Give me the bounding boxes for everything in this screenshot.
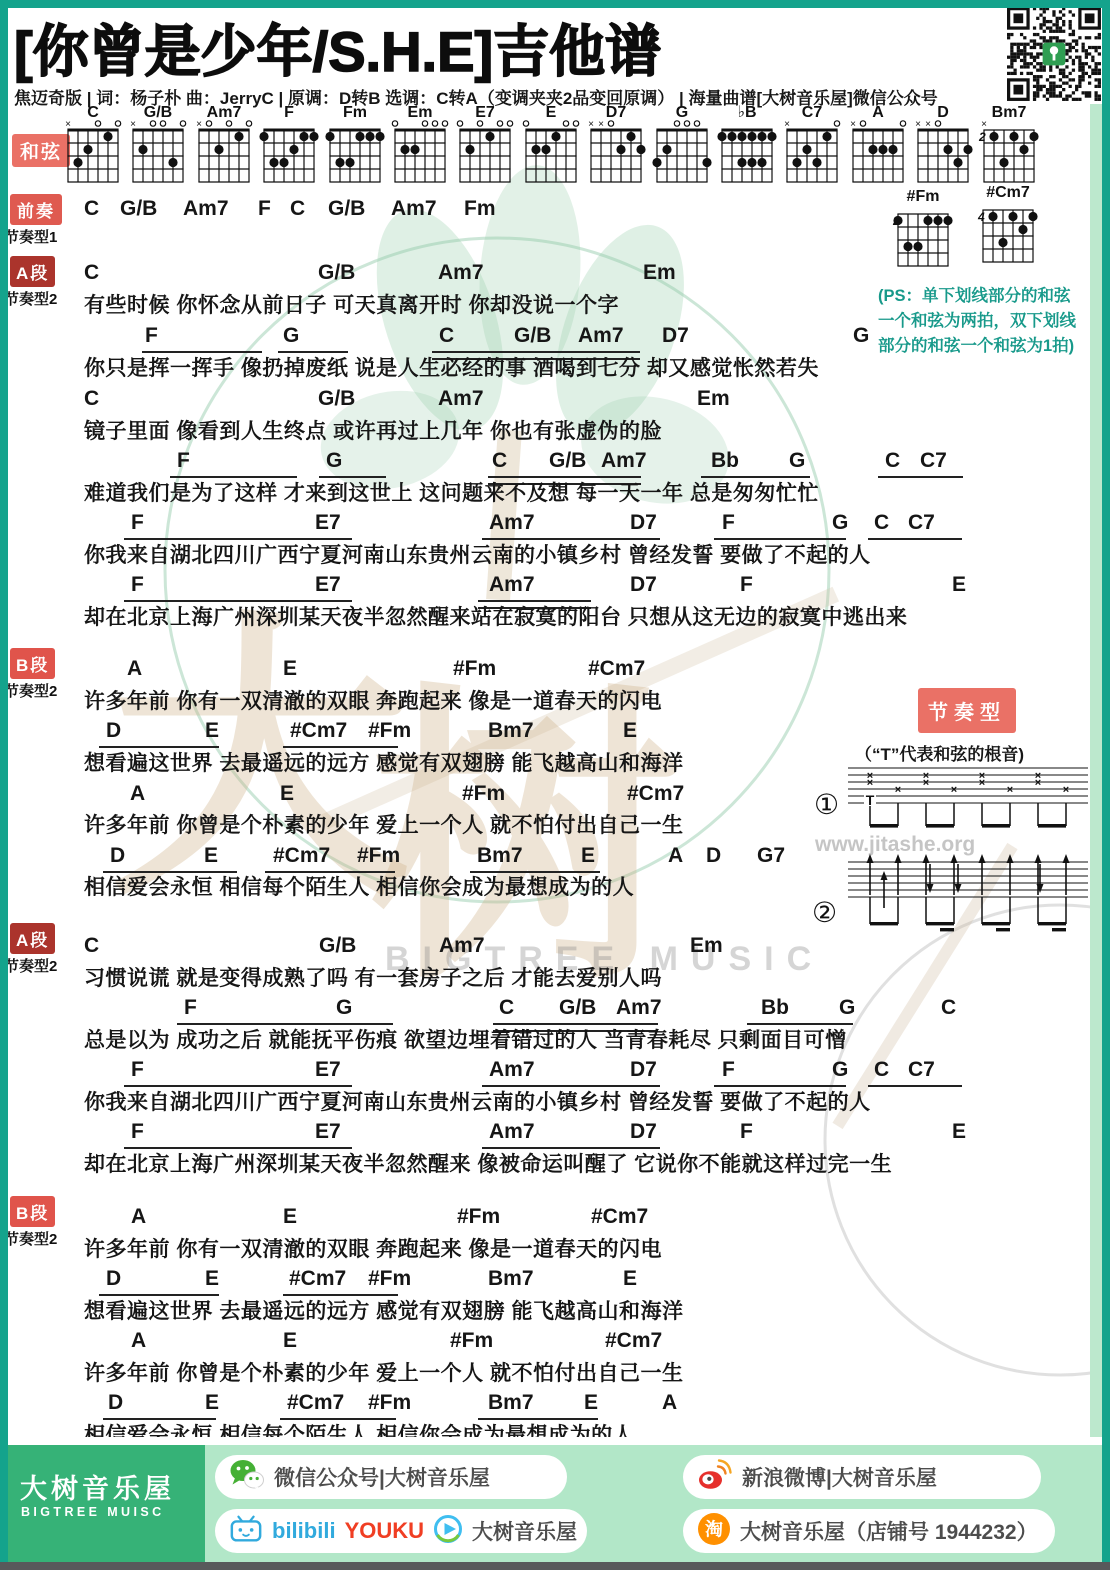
svg-text:T: T bbox=[866, 792, 875, 808]
chord-token: F bbox=[145, 325, 158, 346]
chord-diagram-D: D×× bbox=[908, 102, 978, 191]
chord-token: Bm7 bbox=[488, 1392, 534, 1413]
intro-chord-token: G/B bbox=[328, 198, 365, 219]
weibo-pill-label: 新浪微博|大树音乐屋 bbox=[742, 1462, 937, 1492]
lyric-line: 习惯说谎 就是变得成熟了吗 有一套房子之后 才能去爱别人吗 bbox=[84, 966, 662, 991]
chord-token: Am7 bbox=[616, 997, 662, 1018]
chord-token: G bbox=[789, 450, 805, 471]
single-underline bbox=[124, 538, 352, 540]
chord-token: #Fm bbox=[453, 658, 496, 679]
guitar-chord-sheet: 大 树 www.jitashe.org BIGTREE MUSIC [你曾是少年… bbox=[0, 0, 1110, 1570]
bottom-gray-bar bbox=[0, 1562, 1110, 1570]
intro-chord-token: C bbox=[290, 198, 305, 219]
svg-text:×: × bbox=[65, 119, 71, 130]
chord-token: C bbox=[874, 1059, 889, 1080]
intro-chord-token: Am7 bbox=[391, 198, 437, 219]
svg-text:×: × bbox=[598, 119, 604, 130]
chord-token: #Cm7 bbox=[591, 1206, 648, 1227]
intro-chord-token: Fm bbox=[464, 198, 496, 219]
chord-diagram-sharp-Cm7: #Cm74 bbox=[973, 182, 1043, 271]
chord-diagram-sharp-Fm: #Fm2 bbox=[888, 186, 958, 275]
svg-text:A: A bbox=[872, 104, 884, 121]
chord-token: Em bbox=[643, 262, 676, 283]
section-label: B段 bbox=[10, 648, 55, 679]
video-pill-label: 大树音乐屋 bbox=[472, 1516, 577, 1546]
lyric-line: 总是以为 成功之后 就能抚平伤痕 欲望边埋着错过的人 当青春耗尽 只剩面目可憎 bbox=[84, 1028, 847, 1053]
single-underline bbox=[470, 871, 600, 873]
chord-token: G/B bbox=[549, 450, 586, 471]
single-underline bbox=[142, 351, 262, 353]
chord-token: #Cm7 bbox=[273, 845, 330, 866]
chord-token: G bbox=[853, 325, 869, 346]
chord-token: A bbox=[668, 845, 683, 866]
lyric-line: 却在北京上海广州深圳某天夜半忽然醒来站在寂寞的阳台 只想从这无边的寂寞中逃出来 bbox=[84, 605, 907, 630]
svg-text:#Cm7: #Cm7 bbox=[986, 184, 1030, 201]
bilibili-wordmark: bilibili bbox=[272, 1518, 336, 1544]
single-underline bbox=[177, 1023, 393, 1025]
chord-token: Am7 bbox=[489, 1121, 535, 1142]
chord-token: G/B bbox=[319, 935, 356, 956]
chord-token: F bbox=[177, 450, 190, 471]
intro-chord-token: C bbox=[84, 198, 99, 219]
lyric-line: 许多年前 你有一双清澈的双眼 奔跑起来 像是一道春天的闪电 bbox=[84, 1237, 662, 1262]
single-underline bbox=[868, 538, 962, 540]
chord-diagram-C: C× bbox=[58, 102, 128, 191]
chord-diagram-♭B: ♭B bbox=[712, 102, 782, 191]
svg-text:×: × bbox=[784, 119, 790, 130]
chord-token: G bbox=[839, 997, 855, 1018]
chord-token: C7 bbox=[908, 512, 935, 533]
svg-text:×: × bbox=[1063, 784, 1069, 796]
section-rhythm-type: 节奏型2 bbox=[4, 680, 57, 701]
chord-token: G bbox=[832, 512, 848, 533]
chord-token: F bbox=[740, 1121, 753, 1142]
chord-token: E bbox=[584, 1392, 598, 1413]
svg-text:×: × bbox=[925, 119, 931, 130]
chord-token: E7 bbox=[315, 1121, 341, 1142]
rhythm-pattern-2: ② bbox=[812, 850, 1102, 973]
chord-token: Bb bbox=[711, 450, 739, 471]
svg-text:E: E bbox=[545, 104, 556, 121]
chord-diagram-Fm: Fm bbox=[320, 102, 390, 191]
chord-token: E bbox=[952, 1121, 966, 1142]
chord-token: A bbox=[127, 658, 142, 679]
single-underline bbox=[283, 1294, 398, 1296]
chord-token: E bbox=[623, 720, 637, 741]
lyric-line: 许多年前 你曾是个朴素的少年 爱上一个人 就不怕付出自己一生 bbox=[84, 813, 684, 838]
svg-text:C: C bbox=[87, 104, 99, 121]
chord-token: G bbox=[326, 450, 342, 471]
wechat-account-pill[interactable]: 微信公众号|大树音乐屋 bbox=[215, 1455, 567, 1499]
chord-token: E bbox=[280, 783, 294, 804]
chord-token: G/B bbox=[559, 997, 596, 1018]
lyric-line: 想看遍这世界 去最遥远的远方 感觉有双翅膀 能飞越高山和海洋 bbox=[84, 1299, 684, 1324]
single-underline bbox=[99, 746, 219, 748]
weibo-icon bbox=[697, 1457, 733, 1498]
svg-text:①: ① bbox=[814, 789, 839, 820]
single-underline bbox=[868, 1085, 962, 1087]
svg-text:D7: D7 bbox=[606, 104, 627, 121]
chord-token: F bbox=[740, 574, 753, 595]
chord-token: #Fm bbox=[368, 1392, 411, 1413]
svg-text:×: × bbox=[1035, 777, 1041, 789]
chord-token: #Cm7 bbox=[290, 720, 347, 741]
section-rhythm-type: 节奏型2 bbox=[4, 1228, 57, 1249]
chord-token: D bbox=[106, 720, 121, 741]
svg-text:×: × bbox=[923, 777, 929, 789]
single-underline bbox=[482, 538, 660, 540]
chord-token: G bbox=[832, 1059, 848, 1080]
single-underline bbox=[265, 871, 395, 873]
chord-token: F bbox=[722, 1059, 735, 1080]
chord-token: #Cm7 bbox=[289, 1268, 346, 1289]
single-underline bbox=[747, 1023, 853, 1025]
lyric-line: 你我来自湖北四川广西宁夏河南山东贵州云南的小镇乡村 曾经发誓 要做了不起的人 bbox=[84, 1090, 871, 1115]
single-underline bbox=[478, 1418, 598, 1420]
intro-chord-token: F bbox=[258, 198, 271, 219]
chord-token: E bbox=[205, 720, 219, 741]
svg-text:×: × bbox=[867, 777, 873, 789]
svg-text:Fm: Fm bbox=[343, 104, 367, 121]
chord-token: F bbox=[131, 512, 144, 533]
youku-play-icon bbox=[433, 1514, 463, 1549]
chord-token: E bbox=[283, 658, 297, 679]
chord-token: Bm7 bbox=[488, 720, 534, 741]
ps-note-line: (PS：单下划线部分的和弦 bbox=[878, 284, 1098, 309]
chord-token: A bbox=[130, 783, 145, 804]
chord-token: #Fm bbox=[457, 1206, 500, 1227]
chord-token: E7 bbox=[315, 1059, 341, 1080]
chord-token: E bbox=[283, 1330, 297, 1351]
chord-token: F bbox=[184, 997, 197, 1018]
chord-token: D bbox=[706, 845, 721, 866]
chord-token: E bbox=[952, 574, 966, 595]
chord-token: C7 bbox=[908, 1059, 935, 1080]
chord-token: C bbox=[885, 450, 900, 471]
frame-left bbox=[0, 0, 8, 1570]
svg-text:G: G bbox=[675, 104, 687, 121]
chord-diagram-E: E bbox=[516, 102, 586, 191]
chord-token: E7 bbox=[315, 512, 341, 533]
svg-text:2: 2 bbox=[978, 130, 986, 144]
lyric-line: 相信爱会永恒 相信每个陌生人 相信你会成为最想成为的人 bbox=[84, 875, 634, 900]
chord-token: G7 bbox=[757, 845, 785, 866]
chord-token: C bbox=[84, 388, 99, 409]
chord-token: #Cm7 bbox=[605, 1330, 662, 1351]
chord-token: Bb bbox=[761, 997, 789, 1018]
chord-token: G bbox=[283, 325, 299, 346]
chord-token: C bbox=[499, 997, 514, 1018]
chord-token: D7 bbox=[630, 512, 657, 533]
youku-wordmark: YOUKU bbox=[345, 1518, 424, 1544]
svg-text:×: × bbox=[979, 777, 985, 789]
single-underline bbox=[482, 1085, 660, 1087]
intro-chord-token: Am7 bbox=[183, 198, 229, 219]
chord-token: E bbox=[581, 845, 595, 866]
svg-text:♭B: ♭B bbox=[737, 104, 756, 121]
chord-token: G/B bbox=[318, 388, 355, 409]
ps-note-line: 部分的和弦一个和弦为1拍) bbox=[878, 334, 1098, 359]
chord-token: E bbox=[205, 1268, 219, 1289]
chord-token: Bm7 bbox=[477, 845, 523, 866]
chord-token: C bbox=[492, 450, 507, 471]
chord-diagram-Am7: Am7× bbox=[189, 102, 259, 191]
chord-token: Am7 bbox=[438, 388, 484, 409]
svg-text:×: × bbox=[130, 119, 136, 130]
intro-chord-token: G/B bbox=[120, 198, 157, 219]
chord-diagram-Em: Em bbox=[385, 102, 455, 191]
svg-text:Am7: Am7 bbox=[206, 104, 241, 121]
chord-token: D bbox=[106, 1268, 121, 1289]
lyric-line: 你我来自湖北四川广西宁夏河南山东贵州云南的小镇乡村 曾经发誓 要做了不起的人 bbox=[84, 543, 871, 568]
chord-token: Am7 bbox=[439, 935, 485, 956]
chord-diagram-A: A× bbox=[843, 102, 913, 191]
svg-text:Bm7: Bm7 bbox=[991, 104, 1026, 121]
chord-token: #Cm7 bbox=[287, 1392, 344, 1413]
footer-logo-block: 大树音乐屋 BIGTREE MUISC bbox=[8, 1445, 205, 1563]
chord-token: #Cm7 bbox=[588, 658, 645, 679]
chord-token: A bbox=[131, 1206, 146, 1227]
svg-text:C7: C7 bbox=[802, 104, 823, 121]
lyric-line: 镜子里面 像看到人生终点 或许再过上几年 你也有张虚伪的脸 bbox=[84, 419, 662, 444]
chord-token: C bbox=[84, 262, 99, 283]
video-platforms-pill[interactable]: bilibili YOUKU 大树音乐屋 bbox=[215, 1509, 587, 1553]
chord-token: Am7 bbox=[438, 262, 484, 283]
chord-token: #Fm bbox=[462, 783, 505, 804]
single-underline bbox=[714, 1085, 846, 1087]
svg-text:×: × bbox=[196, 119, 202, 130]
chord-token: C7 bbox=[920, 450, 947, 471]
taobao-icon: 淘 bbox=[697, 1512, 731, 1551]
single-underline bbox=[701, 476, 810, 478]
svg-text:#Fm: #Fm bbox=[907, 188, 940, 205]
chord-token: #Fm bbox=[368, 1268, 411, 1289]
chord-token: D bbox=[110, 845, 125, 866]
rhythm-box-label: 节奏型 bbox=[918, 688, 1016, 733]
single-underline bbox=[103, 871, 237, 873]
chord-token: E7 bbox=[315, 574, 341, 595]
chord-token: E bbox=[283, 1206, 297, 1227]
single-underline bbox=[170, 476, 297, 478]
single-underline bbox=[124, 600, 352, 602]
weibo-account-pill[interactable]: 新浪微博|大树音乐屋 bbox=[683, 1455, 1041, 1499]
chord-token: D bbox=[108, 1392, 123, 1413]
chord-token: C bbox=[874, 512, 889, 533]
chord-token: Em bbox=[690, 935, 723, 956]
chord-diagram-D7: D7×× bbox=[581, 102, 651, 191]
chord-diagram-Bm7: Bm72× bbox=[974, 102, 1044, 191]
single-underline bbox=[103, 1418, 216, 1420]
single-underline bbox=[714, 538, 846, 540]
lyric-line: 却在北京上海广州深圳某天夜半忽然醒来 像被命运叫醒了 它说你不能就这样过完一生 bbox=[84, 1152, 892, 1177]
intro-label: 前奏 bbox=[10, 194, 62, 225]
single-underline bbox=[319, 476, 386, 478]
chord-token: #Cm7 bbox=[627, 783, 684, 804]
lyric-line: 想看遍这世界 去最遥远的远方 感觉有双翅膀 能飞越高山和海洋 bbox=[84, 751, 684, 776]
chord-token: G/B bbox=[514, 325, 551, 346]
rhythm-pattern-1: ①××××××××××××T bbox=[812, 756, 1102, 861]
frame-right bbox=[1102, 0, 1110, 1570]
single-underline bbox=[878, 476, 963, 478]
chord-token: Bm7 bbox=[488, 1268, 534, 1289]
chord-token: Am7 bbox=[489, 512, 535, 533]
svg-text:×: × bbox=[850, 119, 856, 130]
svg-text:×: × bbox=[981, 119, 987, 130]
chord-token: D7 bbox=[662, 325, 689, 346]
qr-code bbox=[1006, 6, 1104, 104]
chord-token: #Fm bbox=[357, 845, 400, 866]
chord-token: Am7 bbox=[489, 1059, 535, 1080]
svg-text:②: ② bbox=[812, 897, 837, 928]
svg-text:×: × bbox=[895, 784, 901, 796]
single-underline bbox=[283, 746, 398, 748]
svg-text:×: × bbox=[588, 119, 594, 130]
chord-token: Em bbox=[697, 388, 730, 409]
section-rhythm-type: 节奏型2 bbox=[4, 288, 57, 309]
taobao-shop-pill[interactable]: 淘 大树音乐屋（店铺号 1944232） bbox=[683, 1509, 1055, 1553]
section-label: B段 bbox=[10, 1196, 55, 1227]
lyric-line: 有些时候 你怀念从前日子 可天真离开时 你却没说一个字 bbox=[84, 293, 619, 318]
section-rhythm-type: 节奏型2 bbox=[4, 955, 57, 976]
svg-text:×: × bbox=[1007, 784, 1013, 796]
lyric-line: 许多年前 你有一双清澈的双眼 奔跑起来 像是一道春天的闪电 bbox=[84, 689, 662, 714]
chord-diagram-C7: C7× bbox=[777, 102, 847, 191]
lyric-line: 你只是挥一挥手 像扔掉废纸 说是人生必经的事 酒喝到七分 却又感觉怅然若失 bbox=[84, 356, 819, 381]
chord-diagram-G-B: G/B× bbox=[123, 102, 193, 191]
chord-token: Am7 bbox=[578, 325, 624, 346]
chord-token: Am7 bbox=[601, 450, 647, 471]
single-underline bbox=[99, 1294, 219, 1296]
chord-token: E bbox=[623, 1268, 637, 1289]
svg-text:Em: Em bbox=[408, 104, 433, 121]
chord-token: #Fm bbox=[450, 1330, 493, 1351]
svg-text:4: 4 bbox=[977, 210, 985, 224]
svg-text:×: × bbox=[915, 119, 921, 130]
chord-token: E bbox=[205, 1392, 219, 1413]
lyric-line: 许多年前 你曾是个朴素的少年 爱上一个人 就不怕付出自己一生 bbox=[84, 1361, 684, 1386]
chord-token: A bbox=[131, 1330, 146, 1351]
single-underline bbox=[278, 351, 348, 353]
single-underline bbox=[280, 1418, 396, 1420]
lyric-line: 难道我们是为了这样 才来到这世上 这问题来不及想 每一天一年 总是匆匆忙忙 bbox=[84, 481, 819, 506]
single-underline bbox=[124, 1147, 352, 1149]
frame-top bbox=[0, 0, 1110, 8]
footer-logo-title: 大树音乐屋 bbox=[20, 1467, 175, 1506]
chord-token: F bbox=[131, 574, 144, 595]
section-label: A段 bbox=[10, 923, 55, 954]
footer-logo-subtitle: BIGTREE MUISC bbox=[21, 1505, 165, 1519]
svg-text:E7: E7 bbox=[476, 104, 496, 121]
chord-token: Am7 bbox=[489, 574, 535, 595]
taobao-pill-label: 大树音乐屋（店铺号 1944232） bbox=[740, 1516, 1038, 1546]
intro-rhythm-type: 节奏型1 bbox=[4, 226, 57, 247]
bilibili-icon bbox=[229, 1514, 263, 1549]
chord-diagram-E7: E7 bbox=[450, 102, 520, 191]
chord-token: D7 bbox=[630, 574, 657, 595]
chord-token: F bbox=[131, 1059, 144, 1080]
chord-token: A bbox=[662, 1392, 677, 1413]
chord-token: G bbox=[336, 997, 352, 1018]
single-underline bbox=[124, 1085, 352, 1087]
wechat-pill-label: 微信公众号|大树音乐屋 bbox=[274, 1462, 490, 1492]
svg-text:淘: 淘 bbox=[705, 1518, 723, 1539]
wechat-icon bbox=[229, 1457, 265, 1498]
chord-token: C bbox=[941, 997, 956, 1018]
right-edge-strip bbox=[1090, 8, 1102, 1437]
svg-text:G/B: G/B bbox=[144, 104, 172, 121]
svg-text:F: F bbox=[284, 104, 294, 121]
svg-text:D: D bbox=[937, 104, 949, 121]
chord-diagram-F: F bbox=[254, 102, 324, 191]
chord-token: F bbox=[722, 512, 735, 533]
chord-token: F bbox=[131, 1121, 144, 1142]
chord-token: D7 bbox=[630, 1059, 657, 1080]
chord-token: #Fm bbox=[368, 720, 411, 741]
section-label: A段 bbox=[10, 256, 55, 287]
ps-note-line: 一个和弦为两拍，双下划线 bbox=[878, 309, 1098, 334]
chord-diagram-G: G bbox=[647, 102, 717, 191]
single-underline bbox=[482, 1147, 660, 1149]
svg-text:×: × bbox=[951, 784, 957, 796]
page-title: [你曾是少年/S.H.E]吉他谱 bbox=[14, 8, 661, 88]
chord-token: G/B bbox=[318, 262, 355, 283]
footer-divider bbox=[8, 1437, 1102, 1445]
chord-token: C bbox=[439, 325, 454, 346]
ps-note: (PS：单下划线部分的和弦 一个和弦为两拍，双下划线 部分的和弦一个和弦为1拍) bbox=[878, 284, 1098, 359]
chord-token: E bbox=[204, 845, 218, 866]
chord-token: C bbox=[84, 935, 99, 956]
chord-token: D7 bbox=[630, 1121, 657, 1142]
